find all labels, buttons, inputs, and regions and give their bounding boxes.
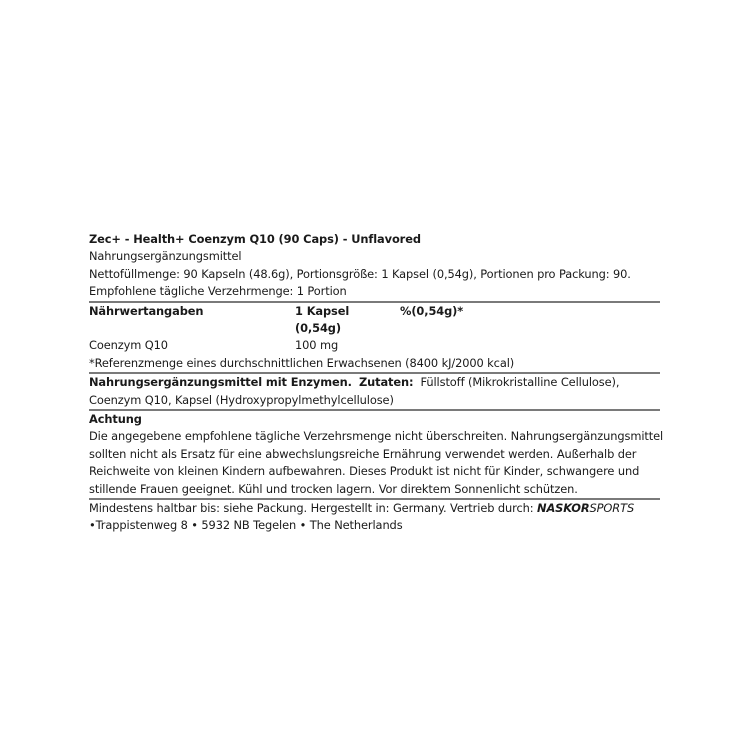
nutrient-amount: 100 mg [295, 337, 400, 354]
ingredients-text-1: Füllstoff (Mikrokristalline Cellulose), [421, 375, 620, 389]
nutrition-header-serving: 1 Kapsel (0,54g) [295, 303, 400, 338]
nutrition-footnote: *Referenzmenge eines durchschnittlichen … [89, 355, 660, 374]
warning-line-4: stillende Frauen geeignet. Kühl und troc… [89, 481, 660, 500]
nutrition-header-serving-line2: (0,54g) [295, 320, 400, 337]
warning-heading: Achtung [89, 411, 660, 428]
warning-line-1: Die angegebene empfohlene tägliche Verze… [89, 428, 660, 445]
nutrition-header-row: Nährwertangaben 1 Kapsel (0,54g) %(0,54g… [89, 303, 660, 338]
net-quantity: Nettofüllmenge: 90 Kapseln (48.6g), Port… [89, 266, 660, 283]
brand-name-bold: NASKOR [537, 501, 590, 515]
footer-address: •Trappistenweg 8 • 5932 NB Tegelen • The… [89, 517, 660, 534]
recommended-daily-intake: Empfohlene tägliche Verzehrmenge: 1 Port… [89, 283, 660, 302]
table-row: Coenzym Q10 100 mg [89, 337, 660, 354]
warning-line-3: Reichweite von kleinen Kindern aufbewahr… [89, 463, 660, 480]
product-category: Nahrungsergänzungsmittel [89, 248, 660, 265]
nutrient-name: Coenzym Q10 [89, 337, 295, 354]
footer-line-1: Mindestens haltbar bis: siehe Packung. H… [89, 500, 660, 517]
nutrition-header-label: Nährwertangaben [89, 303, 295, 338]
ingredients-line1: Nahrungsergänzungsmittel mit Enzymen. Zu… [89, 374, 660, 391]
nutrition-label: Zec+ - Health+ Coenzym Q10 (90 Caps) - U… [89, 231, 660, 535]
ingredients-text-2: Coenzym Q10, Kapsel (Hydroxypropylmethyl… [89, 392, 660, 411]
nutrition-table: Nährwertangaben 1 Kapsel (0,54g) %(0,54g… [89, 303, 660, 355]
warning-line-2: sollten nicht als Ersatz für eine abwech… [89, 446, 660, 463]
ingredients-label: Zutaten: [359, 375, 414, 389]
product-title: Zec+ - Health+ Coenzym Q10 (90 Caps) - U… [89, 231, 660, 248]
nutrition-header-serving-line1: 1 Kapsel [295, 303, 400, 320]
nutrition-header-percent: %(0,54g)* [400, 303, 660, 338]
nutrient-percent [400, 337, 660, 354]
ingredients-lead: Nahrungsergänzungsmittel mit Enzymen. [89, 375, 352, 389]
brand-name-italic: SPORTS [590, 501, 635, 515]
footer-manufacturing-info: Mindestens haltbar bis: siehe Packung. H… [89, 501, 537, 515]
